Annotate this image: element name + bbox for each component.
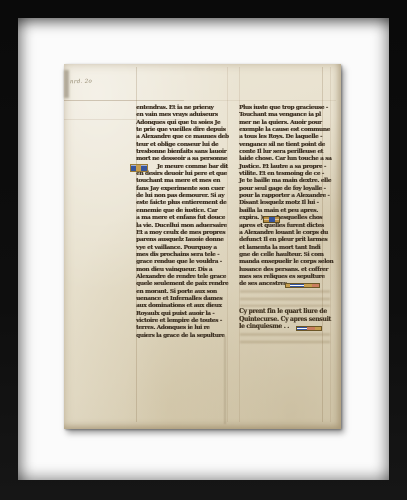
manuscript-text-line: Alexandre de rendre tele grace [136, 274, 230, 281]
manuscript-text-line: laide chose. Car lun touche a sa [239, 156, 333, 163]
text-column-right: Plus iuste que trop gracieuse -Touchant … [239, 105, 333, 289]
manuscript-text-line: quele seulement de paix rendre [136, 281, 230, 288]
manuscript-text-line: vye et vaillance. Pourquoy a [136, 245, 230, 252]
manuscript-text-line: teur et oblige conseur lui de [136, 142, 230, 149]
manuscript-text-line: a tous les Roys. De laquelle - [239, 134, 333, 141]
manuscript-text-line: ennemie que de iustice. Car [136, 208, 230, 215]
manuscript-text-line: lusance des persans. et coffrer [239, 267, 333, 274]
manuscript-text-line: Royaulx qui puist auoir la - [136, 311, 230, 318]
manuscript-text-line: pour seul gage de foy loyalle - [239, 186, 333, 193]
manuscript-text-line: terres. Adonques ie lui re [136, 325, 230, 332]
manuscript-text-line: a ma mere et enfans fut douce [136, 215, 230, 222]
manuscript-text-line: Je meure comme bar dit [136, 164, 230, 171]
manuscript-text-line: vtilite. Et en tesmoing de ce - [239, 171, 333, 178]
show-through-ghost-text [240, 333, 330, 346]
manuscript-text-line: en vain mes vrays aduiseurs [136, 112, 230, 119]
manuscript-text-line: Quintecurse. Cy apres sensuit [239, 316, 333, 324]
manuscript-text-line: Je te baille ma main dextre. elle [239, 178, 333, 185]
manuscript-text-line: mes ses reliques es sepulture [239, 274, 333, 281]
manuscript-text-line: conte Il lur sera perilleuse et [239, 149, 333, 156]
champie-initial-ornament [130, 164, 148, 172]
manuscript-text-line: defunct Il en pleur prit larmes [239, 237, 333, 244]
manuscript-text-line: este faicte plus entierement de [136, 200, 230, 207]
manuscript-text-line: gne de celle haulteur. Si com [239, 252, 333, 259]
manuscript-text-line: de lui non pas demourer. Si ay [136, 193, 230, 200]
manuscript-text-line: en desirs deuoir lui pere et que [136, 171, 230, 178]
manuscript-text-line: manda ensepuelir le corps selon [239, 259, 333, 266]
framed-artwork: nrd. 2o entendras. Et ia ne prierayen va… [0, 0, 407, 500]
manuscript-text-line: Adonques qui que tu soies Je [136, 120, 230, 127]
manuscript-text-line: Disant lesquelz motz Il lui - [239, 200, 333, 207]
manuscript-text-line: parens ausquelz Iauoie donne [136, 237, 230, 244]
parchment-crease [224, 336, 226, 424]
manuscript-text-line: et lamenta la mort tant Indi [239, 245, 333, 252]
manuscript-photo: nrd. 2o entendras. Et ia ne prierayen va… [64, 64, 341, 429]
manuscript-text-line: exemple la cause est commune [239, 127, 333, 134]
manuscript-text-line: quiers la grace de la sepulture [136, 333, 230, 340]
folio-inscription: nrd. 2o [70, 79, 92, 86]
manuscript-text-line: a Alexandre louant le corps du [239, 230, 333, 237]
manuscript-text-line: uenance et Infernalles dames [136, 296, 230, 303]
manuscript-text-line: a Alexandre que ce mauues deb [136, 134, 230, 141]
manuscript-text-line: touchant ma mere et mes en [136, 178, 230, 185]
manuscript-text-line: mon dieu vainqueur. Dis a [136, 267, 230, 274]
manuscript-text-line: Plus iuste que trop gracieuse - [239, 105, 333, 112]
manuscript-text-line: mort ne desseoir a sa personne [136, 156, 230, 163]
manuscript-text-line: fans Jay experimente son cuer [136, 186, 230, 193]
manuscript-text-line: vengance sil ne tient point de [239, 142, 333, 149]
manuscript-text-line: aux dominations et aux dieux [136, 303, 230, 310]
line-filler-bar [285, 283, 320, 288]
manuscript-text-line: grace rendue que le vouldra - [136, 259, 230, 266]
show-through-ghost-text [240, 290, 330, 307]
paraph-ornament [263, 216, 280, 223]
manuscript-text-line: en morant. Si porte aux son [136, 289, 230, 296]
manuscript-text-line: la vie. Ducellui mon aduersaire [136, 223, 230, 230]
manuscript-text-line: tresbonne bienfaits sans lauoir [136, 149, 230, 156]
manuscript-text-line: apres et quelles furent dictes [239, 223, 333, 230]
manuscript-text-line: mer ne la quiers. Auoir pour [239, 120, 333, 127]
manuscript-text-line: te prie que vueilles dire depuis [136, 127, 230, 134]
manuscript-text-line: mes dis prochains sera tele - [136, 252, 230, 259]
manuscript-text-line: entendras. Et ia ne prieray [136, 105, 230, 112]
manuscript-text-line: victoire et lempire de toutes - [136, 318, 230, 325]
manuscript-text-line: pour la rapporter a Alexandre - [239, 193, 333, 200]
manuscript-text-line: Touchant ma vengance ia pl [239, 112, 333, 119]
binding-smudge [64, 70, 69, 98]
manuscript-text-line: Et a moy ceulx de mes propres [136, 230, 230, 237]
ruling-line [64, 100, 336, 101]
line-filler-bar [296, 326, 322, 331]
text-column-left: entendras. Et ia ne prierayen vain mes v… [136, 105, 230, 340]
manuscript-text-line: Cy prent fin le quart liure de [239, 308, 333, 316]
manuscript-text-line: expira. ) Lesquelles chos [239, 215, 333, 222]
mat-board: nrd. 2o entendras. Et ia ne prierayen va… [18, 18, 389, 480]
manuscript-text-line: Justice. Et lautre a sa propre - [239, 164, 333, 171]
